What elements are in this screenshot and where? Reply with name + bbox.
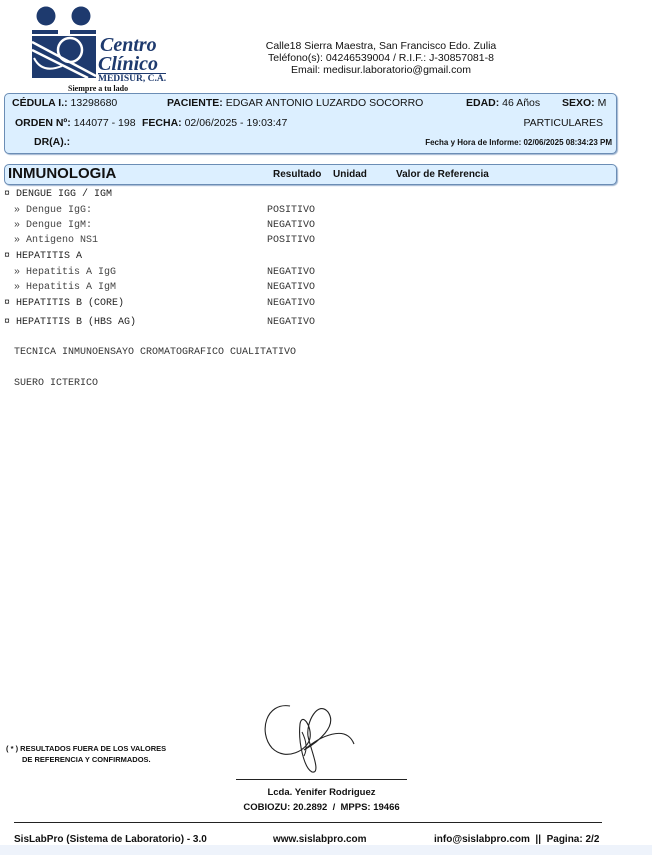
logo-slogan: Siempre a tu lado: [68, 84, 128, 93]
logo-text-centro: Centro: [100, 36, 157, 54]
column-unidad: Unidad: [333, 169, 367, 180]
edad-value: 46 Años: [502, 97, 540, 109]
footer-software: SisLabPro (Sistema de Laboratorio) - 3.0: [14, 834, 207, 845]
result-name: » Hepatitis A IgM: [14, 282, 116, 293]
fecha-field: FECHA: 02/06/2025 - 19:03:47: [142, 117, 287, 129]
sexo-label: SEXO:: [562, 97, 595, 109]
result-value: NEGATIVO: [267, 317, 315, 328]
doctor-field: DR(A).:: [34, 136, 70, 148]
logo-text-medisur: MEDISUR, C.A.: [98, 73, 166, 84]
signature-line: [236, 779, 407, 780]
cedula-value: 13298680: [71, 97, 118, 109]
disclaimer-line1: ( * ) RESULTADOS FUERA DE LOS VALORES: [6, 743, 166, 754]
result-value: NEGATIVO: [267, 298, 315, 309]
informe-value: 02/06/2025 08:34:23 PM: [523, 138, 612, 147]
logo-mark-icon: [32, 6, 96, 80]
footer-divider: [14, 822, 602, 823]
result-name: » Dengue IgG:: [14, 205, 92, 216]
section-title: INMUNOLOGIA: [8, 165, 116, 182]
clinic-address: Calle18 Sierra Maestra, San Francisco Ed…: [200, 40, 562, 52]
edad-label: EDAD:: [466, 97, 499, 109]
sexo-field: SEXO: M: [562, 97, 606, 109]
logo-text-clinico: Clínico: [98, 55, 158, 73]
result-name: ¤ HEPATITIS A: [4, 251, 82, 262]
result-name: ¤ DENGUE IGG / IGM: [4, 189, 112, 200]
result-name: » Dengue IgM:: [14, 220, 92, 231]
result-name: ¤ HEPATITIS B (CORE): [4, 298, 124, 309]
result-value: NEGATIVO: [267, 267, 315, 278]
cedula-field: CÉDULA I.: 13298680: [12, 97, 117, 109]
result-name: » Hepatitis A IgG: [14, 267, 116, 278]
note-tecnica: TECNICA INMUNOENSAYO CROMATOGRAFICO CUAL…: [14, 347, 296, 358]
signer-name: Lcda. Yenifer Rodriguez: [236, 787, 407, 798]
doctor-label: DR(A).:: [34, 136, 70, 148]
signer-credentials: COBIOZU: 20.2892 / MPPS: 19466: [216, 802, 427, 813]
sexo-value: M: [598, 97, 607, 109]
result-value: POSITIVO: [267, 235, 315, 246]
note-suero: SUERO ICTERICO: [14, 378, 98, 389]
result-value: NEGATIVO: [267, 282, 315, 293]
tipo-paciente: PARTICULARES: [523, 117, 603, 129]
paciente-value: EDGAR ANTONIO LUZARDO SOCORRO: [226, 97, 424, 109]
disclaimer: ( * ) RESULTADOS FUERA DE LOS VALORES DE…: [6, 743, 166, 765]
clinic-phone-rif: Teléfono(s): 04246539004 / R.I.F.: J-308…: [200, 52, 562, 64]
clinic-email: Email: medisur.laboratorio@gmail.com: [200, 64, 562, 76]
footer-website[interactable]: www.sislabpro.com: [273, 834, 367, 845]
fecha-label: FECHA:: [142, 117, 182, 129]
column-resultado: Resultado: [273, 169, 321, 180]
fecha-value: 02/06/2025 - 19:03:47: [185, 117, 288, 129]
footer-email-page: info@sislabpro.com || Pagina: 2/2: [434, 834, 599, 845]
viewer-bottom-strip: [0, 845, 652, 855]
informe-label: Fecha y Hora de Informe:: [425, 138, 521, 147]
orden-field: ORDEN Nº: 144077 - 198: [15, 117, 136, 129]
column-referencia: Valor de Referencia: [396, 169, 489, 180]
cedula-label: CÉDULA I.:: [12, 97, 68, 109]
result-name: » Antigeno NS1: [14, 235, 98, 246]
edad-field: EDAD: 46 Años: [466, 97, 540, 109]
orden-value: 144077 - 198: [74, 117, 136, 129]
signature-scribble-icon: [258, 702, 368, 774]
result-value: NEGATIVO: [267, 220, 315, 231]
informe-field: Fecha y Hora de Informe: 02/06/2025 08:3…: [425, 138, 612, 147]
clinic-logo: Centro Clínico MEDISUR, C.A. Siempre a t…: [32, 6, 172, 92]
paciente-field: PACIENTE: EDGAR ANTONIO LUZARDO SOCORRO: [167, 97, 423, 109]
disclaimer-line2: DE REFERENCIA Y CONFIRMADOS.: [6, 754, 166, 765]
paciente-label: PACIENTE:: [167, 97, 223, 109]
result-value: POSITIVO: [267, 205, 315, 216]
orden-label: ORDEN Nº:: [15, 117, 71, 129]
result-name: ¤ HEPATITIS B (HBS AG): [4, 317, 136, 328]
